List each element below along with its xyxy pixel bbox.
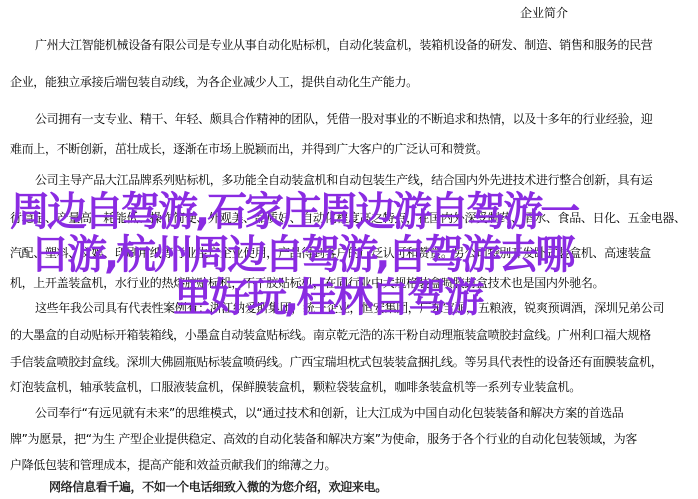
page-title: 企业简介 — [0, 5, 568, 21]
paragraph-line: 牌”为愿景，把“为生 产型企业提供稳定、高效的自动化装备和解决方案”为使命，服务… — [10, 431, 637, 447]
paragraph-line: 的大墨盒的自动贴标开箱装箱线，小墨盒自动装盒贴标线。南京乾元浩的冻干粉自动理瓶装… — [10, 327, 651, 343]
paragraph-line: 手信装盒喷胶封盒线。深圳大佛圆瓶贴标装盒喷码线。广西宝瑞坦枕式包装装盒捆扎线。等… — [10, 354, 662, 370]
paragraph-line: 公司拥有一支专业、精干、年轻、颇具合作精神的团队，凭借一股对事业的不断追求和热情… — [35, 111, 652, 127]
closing-line: 网络信息看千遍，不如一个电话细致入微的为您介绍，欢迎来电。 — [49, 479, 387, 495]
paragraph-line: 机，上开盖装盒机，水行业的热熔胶贴标机，不干胶贴标机，在同行业中大规格装盒喷胶封… — [10, 275, 604, 291]
paragraph-line: 难而上，不断创新，茁壮成长，逐渐在市场上脱颖而出，并得到广大客户的广泛认可和赞赏… — [10, 141, 488, 157]
paragraph-line: 行稳定、产量高、耗能低、操作简便、外观美、品质好、自动化程度高之特点，在国内外深… — [10, 210, 686, 226]
paragraph-line: 企业，能独立承接后端包装自动线，为各企业减少人工，提供自动化生产能力。 — [10, 74, 418, 90]
paragraph-line: 户降低包装和管理成本，提高产能和效益贡献我们的绵薄之力。 — [10, 457, 336, 473]
paragraph-line: 广州大江智能机械设备有限公司是专业从事自动化贴标机，自动化装盒机，装箱机设备的研… — [35, 37, 652, 53]
paragraph-line: 公司主导产品大江品牌系列贴标机，多功能全自动装盒机和自动包装生产线，结合国内外先… — [35, 172, 652, 188]
paragraph-line: 这些年我公司具有代表性案例有：浙江纳爱斯集团，统一企业，恒安集团，广东宝丽，五粮… — [35, 300, 664, 316]
paragraph-line: 公司奉行“有远见就有未来”的思维模式，以“通过技术和创新，让大江成为中国自动化包… — [35, 405, 623, 421]
paragraph-line: 灯泡装盒机，轴承装盒机，口服液装盒机，保鲜膜装盒机，颗粒袋装盒机，咖啡条装盒机等… — [10, 379, 581, 395]
paragraph-line: 汽配、塑料、文娱、印刷用纸等行业生产企业使用，产品得到客户的广泛认可和赞赏。另公… — [10, 245, 651, 261]
document-page: 企业简介 广州大江智能机械设备有限公司是专业从事自动化贴标机，自动化装盒机，装箱… — [0, 0, 698, 499]
